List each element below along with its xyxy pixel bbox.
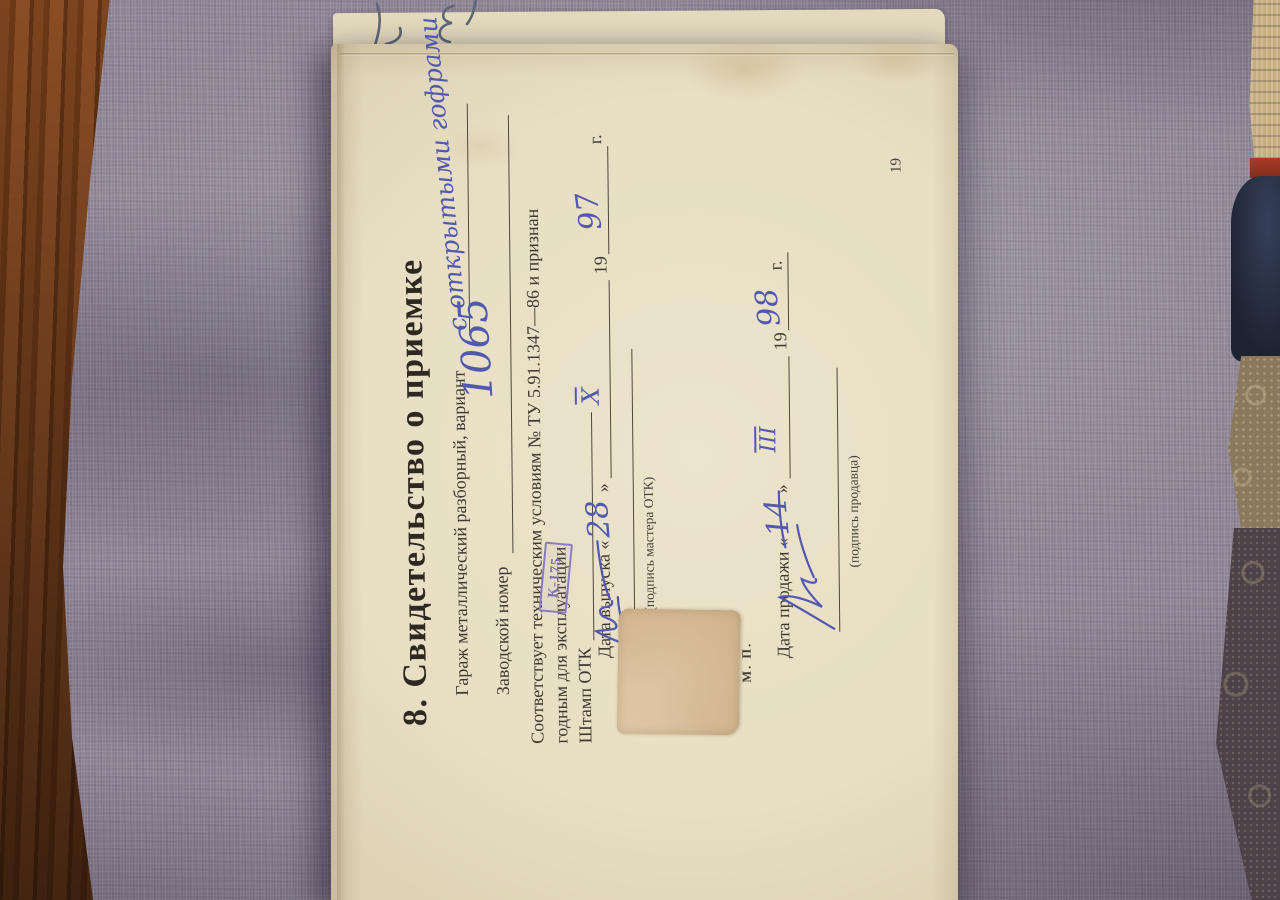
page-number: 19 <box>888 158 905 173</box>
sale-year-handwritten: 98 <box>749 286 788 328</box>
seller-signature-caption: (подпись продавца) <box>845 455 862 567</box>
stamp-place-label: М. П. <box>739 642 754 683</box>
conformity-text-1: Соответствует техническим условиям № ТУ … <box>522 209 549 744</box>
striped-fabric-edge <box>1250 158 1280 178</box>
stamp-label: Штамп ОТК <box>574 647 596 743</box>
dark-object-edge <box>1231 176 1280 362</box>
sale-year-prefix: 19 <box>770 332 791 350</box>
master-signature-caption: (подпись мастера ОТК) <box>641 477 658 612</box>
tape-patch <box>617 608 741 735</box>
serial-label: Заводской номер <box>492 566 514 695</box>
issue-year-blank <box>607 146 609 254</box>
issue-month-handwritten: X <box>577 387 605 404</box>
issue-day-handwritten: 28 <box>580 499 618 540</box>
sale-month-handwritten: III <box>756 426 781 452</box>
issue-month-blank <box>609 280 612 478</box>
issue-close-quote: » <box>593 483 614 492</box>
sale-year-blank <box>787 252 789 330</box>
sale-month-blank <box>788 356 790 478</box>
serial-blank-line <box>508 115 514 553</box>
issue-year-handwritten: 97 <box>570 190 610 232</box>
page-title: 8. Свидетельство о приемке <box>392 258 435 726</box>
serial-handwritten-value: 1065 <box>450 296 502 400</box>
variant-label: Гараж металлический разборный, вариант <box>449 370 473 695</box>
issue-year-suffix: г. <box>585 134 606 144</box>
seller-signature <box>769 483 843 644</box>
issue-year-prefix: 19 <box>590 256 611 274</box>
sale-year-suffix: г. <box>765 260 786 270</box>
certificate-content: 8. Свидетельство о приемке Гараж металли… <box>326 7 957 893</box>
